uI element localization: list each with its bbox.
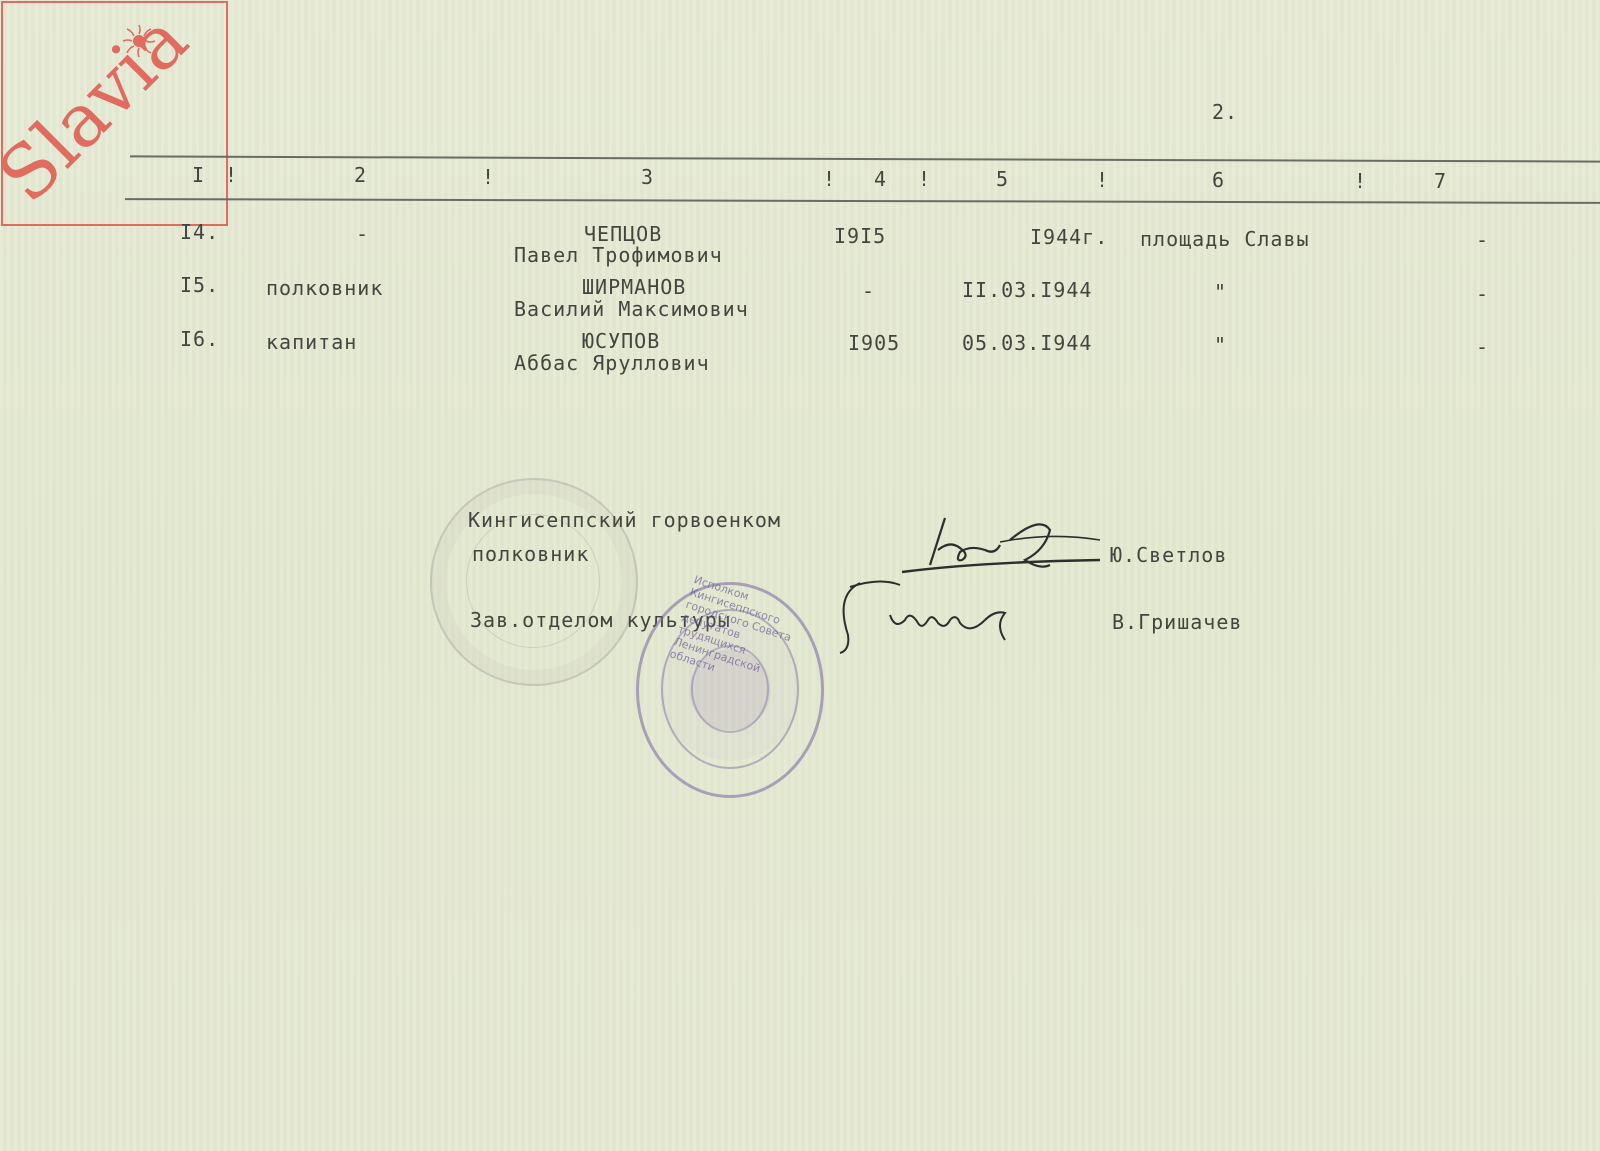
- row-given-name: Павел Трофимович: [514, 243, 723, 267]
- document-page: Slavia 2. I ! 2 ! 3 ! 4 ! 5 ! 6 ! 7 I4. …: [0, 0, 1600, 1151]
- signatory-2-name: В.Гришачев: [1112, 610, 1242, 634]
- column-separator: !: [1096, 168, 1109, 192]
- signatory-1-rank: полковник: [472, 542, 589, 566]
- row-note: -: [1476, 282, 1489, 306]
- row-note: -: [1476, 335, 1489, 359]
- row-death-date: 05.03.I944: [962, 331, 1092, 355]
- row-birth-year: I9I5: [834, 224, 886, 248]
- city-council-stamp: Исполком Кингисеппского городского Совет…: [636, 582, 824, 798]
- column-header-5: 5: [996, 167, 1009, 191]
- header-rule-bottom: [125, 198, 1600, 204]
- column-header-4: 4: [874, 167, 887, 191]
- row-burial-place: площадь Славы: [1140, 227, 1310, 251]
- row-rank: -: [356, 222, 369, 246]
- column-separator: !: [482, 165, 495, 189]
- row-number: I5.: [180, 273, 219, 297]
- column-header-3: 3: [641, 165, 654, 189]
- row-given-name: Аббас Яруллович: [514, 351, 710, 375]
- column-separator: !: [1354, 169, 1367, 193]
- row-given-name: Василий Максимович: [514, 297, 749, 321]
- row-surname: ЮСУПОВ: [582, 329, 660, 353]
- row-rank: капитан: [266, 330, 357, 354]
- row-burial-place: ": [1214, 280, 1227, 304]
- signatory-1-name: Ю.Светлов: [1110, 543, 1227, 567]
- column-separator: !: [823, 167, 836, 191]
- column-separator: !: [918, 167, 931, 191]
- column-header-1: I: [192, 163, 205, 187]
- row-birth-year: I905: [848, 331, 900, 355]
- header-rule-top: [130, 155, 1600, 162]
- page-number: 2.: [1212, 100, 1238, 124]
- row-surname: ШИРМАНОВ: [582, 275, 686, 299]
- column-separator: !: [225, 163, 238, 187]
- row-note: -: [1476, 228, 1489, 252]
- watermark-text: Slavia: [0, 0, 204, 219]
- row-number: I4.: [180, 220, 219, 244]
- watermark-frame: Slavia: [1, 1, 228, 226]
- row-burial-place: ": [1214, 333, 1227, 357]
- row-rank: полковник: [266, 276, 383, 300]
- signatory-1-title: Кингисеппский горвоенком: [468, 508, 781, 532]
- column-header-7: 7: [1434, 169, 1447, 193]
- column-header-2: 2: [354, 163, 367, 187]
- row-number: I6.: [180, 327, 219, 351]
- row-birth-year: -: [862, 279, 875, 303]
- column-header-6: 6: [1212, 168, 1225, 192]
- signature-grishachev-icon: [810, 575, 1030, 655]
- row-death-date: I944г.: [1030, 225, 1108, 249]
- row-death-date: II.03.I944: [962, 278, 1092, 302]
